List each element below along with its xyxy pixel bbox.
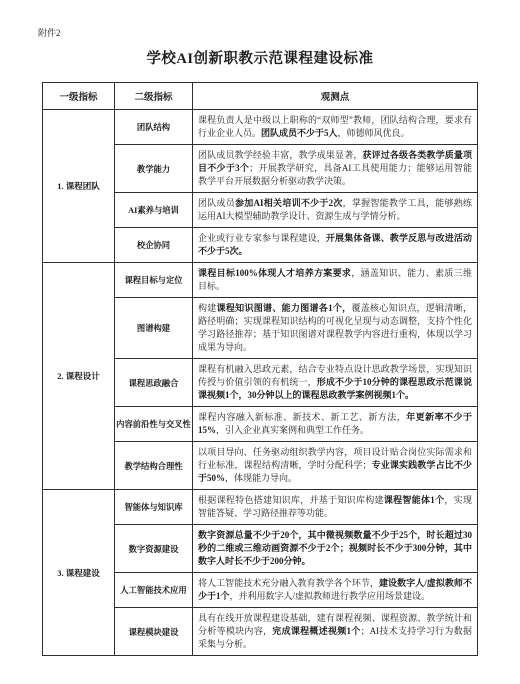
- level2-indicator-cell: 课程思政融合: [115, 359, 193, 407]
- observation-cell: 数字资源总量不少于20个，其中微视频数量不少于25个，时长超过30秒的二维或三维…: [193, 525, 478, 573]
- observation-segment: 课程目标100%体现人才培养方案要求: [198, 268, 351, 278]
- observation-segment: 团队成员: [198, 198, 235, 208]
- observation-segment: 课程智能体1个: [384, 495, 445, 505]
- observation-segment: 根据课程特色搭建知识库，并基于知识库构建: [198, 495, 384, 505]
- level1-indicator-cell: 3. 课程建设: [43, 490, 115, 656]
- observation-segment: 团队成员不少于5人: [261, 128, 338, 138]
- observation-cell: 课程目标100%体现人才培养方案要求，涵盖知识、能力、素质三维目标。: [193, 263, 478, 298]
- level2-indicator-cell: 内容前沿性与交叉性: [115, 407, 193, 442]
- observation-cell: 具有在线开放课程建设基础，建有课程视频、课程资源、教学统计和分析等模块内容，完成…: [193, 608, 478, 656]
- observation-segment: 参加AI相关培训不少于2次: [235, 198, 343, 208]
- observation-cell: 企业或行业专家参与课程建设，开展集体备课、教学反思与改进活动不少于5次。: [193, 228, 478, 263]
- header-observation-point: 观测点: [193, 83, 478, 110]
- attachment-label: 附件2: [38, 26, 61, 39]
- table-row: 1. 课程团队团队结构课程负责人是中级以上职称的“双师型”教师，团队结构合理，要…: [43, 110, 478, 145]
- level2-indicator-cell: AI素养与培训: [115, 193, 193, 228]
- level2-indicator-cell: 图谱构建: [115, 298, 193, 359]
- level2-indicator-cell: 数字资源建设: [115, 525, 193, 573]
- observation-segment: ，师德师风优良。: [338, 128, 410, 138]
- observation-cell: 课程负责人是中级以上职称的“双师型”教师，团队结构合理，要求有行业企业人员。团队…: [193, 110, 478, 145]
- observation-segment: ，并利用数字人/虚拟教师进行教学应用场景建设。: [230, 591, 431, 601]
- table-row: 2. 课程设计课程目标与定位课程目标100%体现人才培养方案要求，涵盖知识、能力…: [43, 263, 478, 298]
- level1-indicator-cell: 1. 课程团队: [43, 110, 115, 263]
- observation-segment: 将人工智能技术充分融入教育教学各个环节，: [198, 578, 379, 588]
- document-page: 附件2 学校AI创新职教示范课程建设标准 一级指标 二级指标 观测点 1. 课程…: [0, 0, 520, 684]
- level2-indicator-cell: 团队结构: [115, 110, 193, 145]
- table-body: 1. 课程团队团队结构课程负责人是中级以上职称的“双师型”教师，团队结构合理，要…: [43, 110, 478, 656]
- observation-segment: 数字资源总量不少于20个，其中微视频数量不少于25个，时长超过30秒的二维或三维…: [198, 530, 472, 566]
- observation-segment: 企业或行业专家参与课程建设，: [198, 233, 326, 243]
- observation-segment: ，体现能力导向。: [225, 473, 297, 483]
- observation-segment: ，引入企业真实案例和典型工作任务。: [216, 425, 369, 435]
- observation-cell: 团队成员参加AI相关培训不少于2次，掌握智能教学工具，能够熟练运用AI大模型辅助…: [193, 193, 478, 228]
- header-level1-indicator: 一级指标: [43, 83, 115, 110]
- observation-cell: 以项目导向、任务驱动组织教学内容，项目设计贴合岗位实际需求和行业标准，课程结构清…: [193, 442, 478, 490]
- level1-indicator-cell: 2. 课程设计: [43, 263, 115, 490]
- observation-segment: 团队成员教学经验丰富，教学成果显著，: [198, 150, 362, 160]
- table-row: 3. 课程建设智能体与知识库根据课程特色搭建知识库，并基于知识库构建课程智能体1…: [43, 490, 478, 525]
- level2-indicator-cell: 课程目标与定位: [115, 263, 193, 298]
- level2-indicator-cell: 教学能力: [115, 145, 193, 193]
- header-level2-indicator: 二级指标: [115, 83, 193, 110]
- page-title: 学校AI创新职教示范课程建设标准: [0, 47, 520, 68]
- standards-table: 一级指标 二级指标 观测点 1. 课程团队团队结构课程负责人是中级以上职称的“双…: [42, 82, 478, 656]
- level2-indicator-cell: 校企协同: [115, 228, 193, 263]
- observation-segment: 完成课程概述视频1个: [272, 626, 360, 636]
- level2-indicator-cell: 课程模块建设: [115, 608, 193, 656]
- observation-cell: 团队成员教学经验丰富，教学成果显著，获评过各级各类教学质量项目不少于3个；开展教…: [193, 145, 478, 193]
- observation-cell: 课程内容融入新标准、新技术、新工艺、新方法，年更新率不少于15%，引入企业真实案…: [193, 407, 478, 442]
- level2-indicator-cell: 教学结构合理性: [115, 442, 193, 490]
- observation-segment: 构建: [198, 303, 217, 313]
- observation-cell: 将人工智能技术充分融入教育教学各个环节，建设数字人/虚拟教师不少于1个，并利用数…: [193, 573, 478, 608]
- table-header-row: 一级指标 二级指标 观测点: [43, 83, 478, 110]
- level2-indicator-cell: 智能体与知识库: [115, 490, 193, 525]
- observation-cell: 构建课程知识图谱、能力图谱各1个，覆盖核心知识点，逻辑清晰，路径明确；实现课程知…: [193, 298, 478, 359]
- observation-cell: 课程有机融入思政元素，结合专业特点设计思政教学场景，实现知识传授与价值引领的有机…: [193, 359, 478, 407]
- observation-segment: 课程知识图谱、能力图谱各1个，: [217, 303, 352, 313]
- level2-indicator-cell: 人工智能技术应用: [115, 573, 193, 608]
- observation-segment: 课程内容融入新标准、新技术、新工艺、新方法，: [198, 412, 406, 422]
- observation-cell: 根据课程特色搭建知识库，并基于知识库构建课程智能体1个，实现智能答疑、学习路径推…: [193, 490, 478, 525]
